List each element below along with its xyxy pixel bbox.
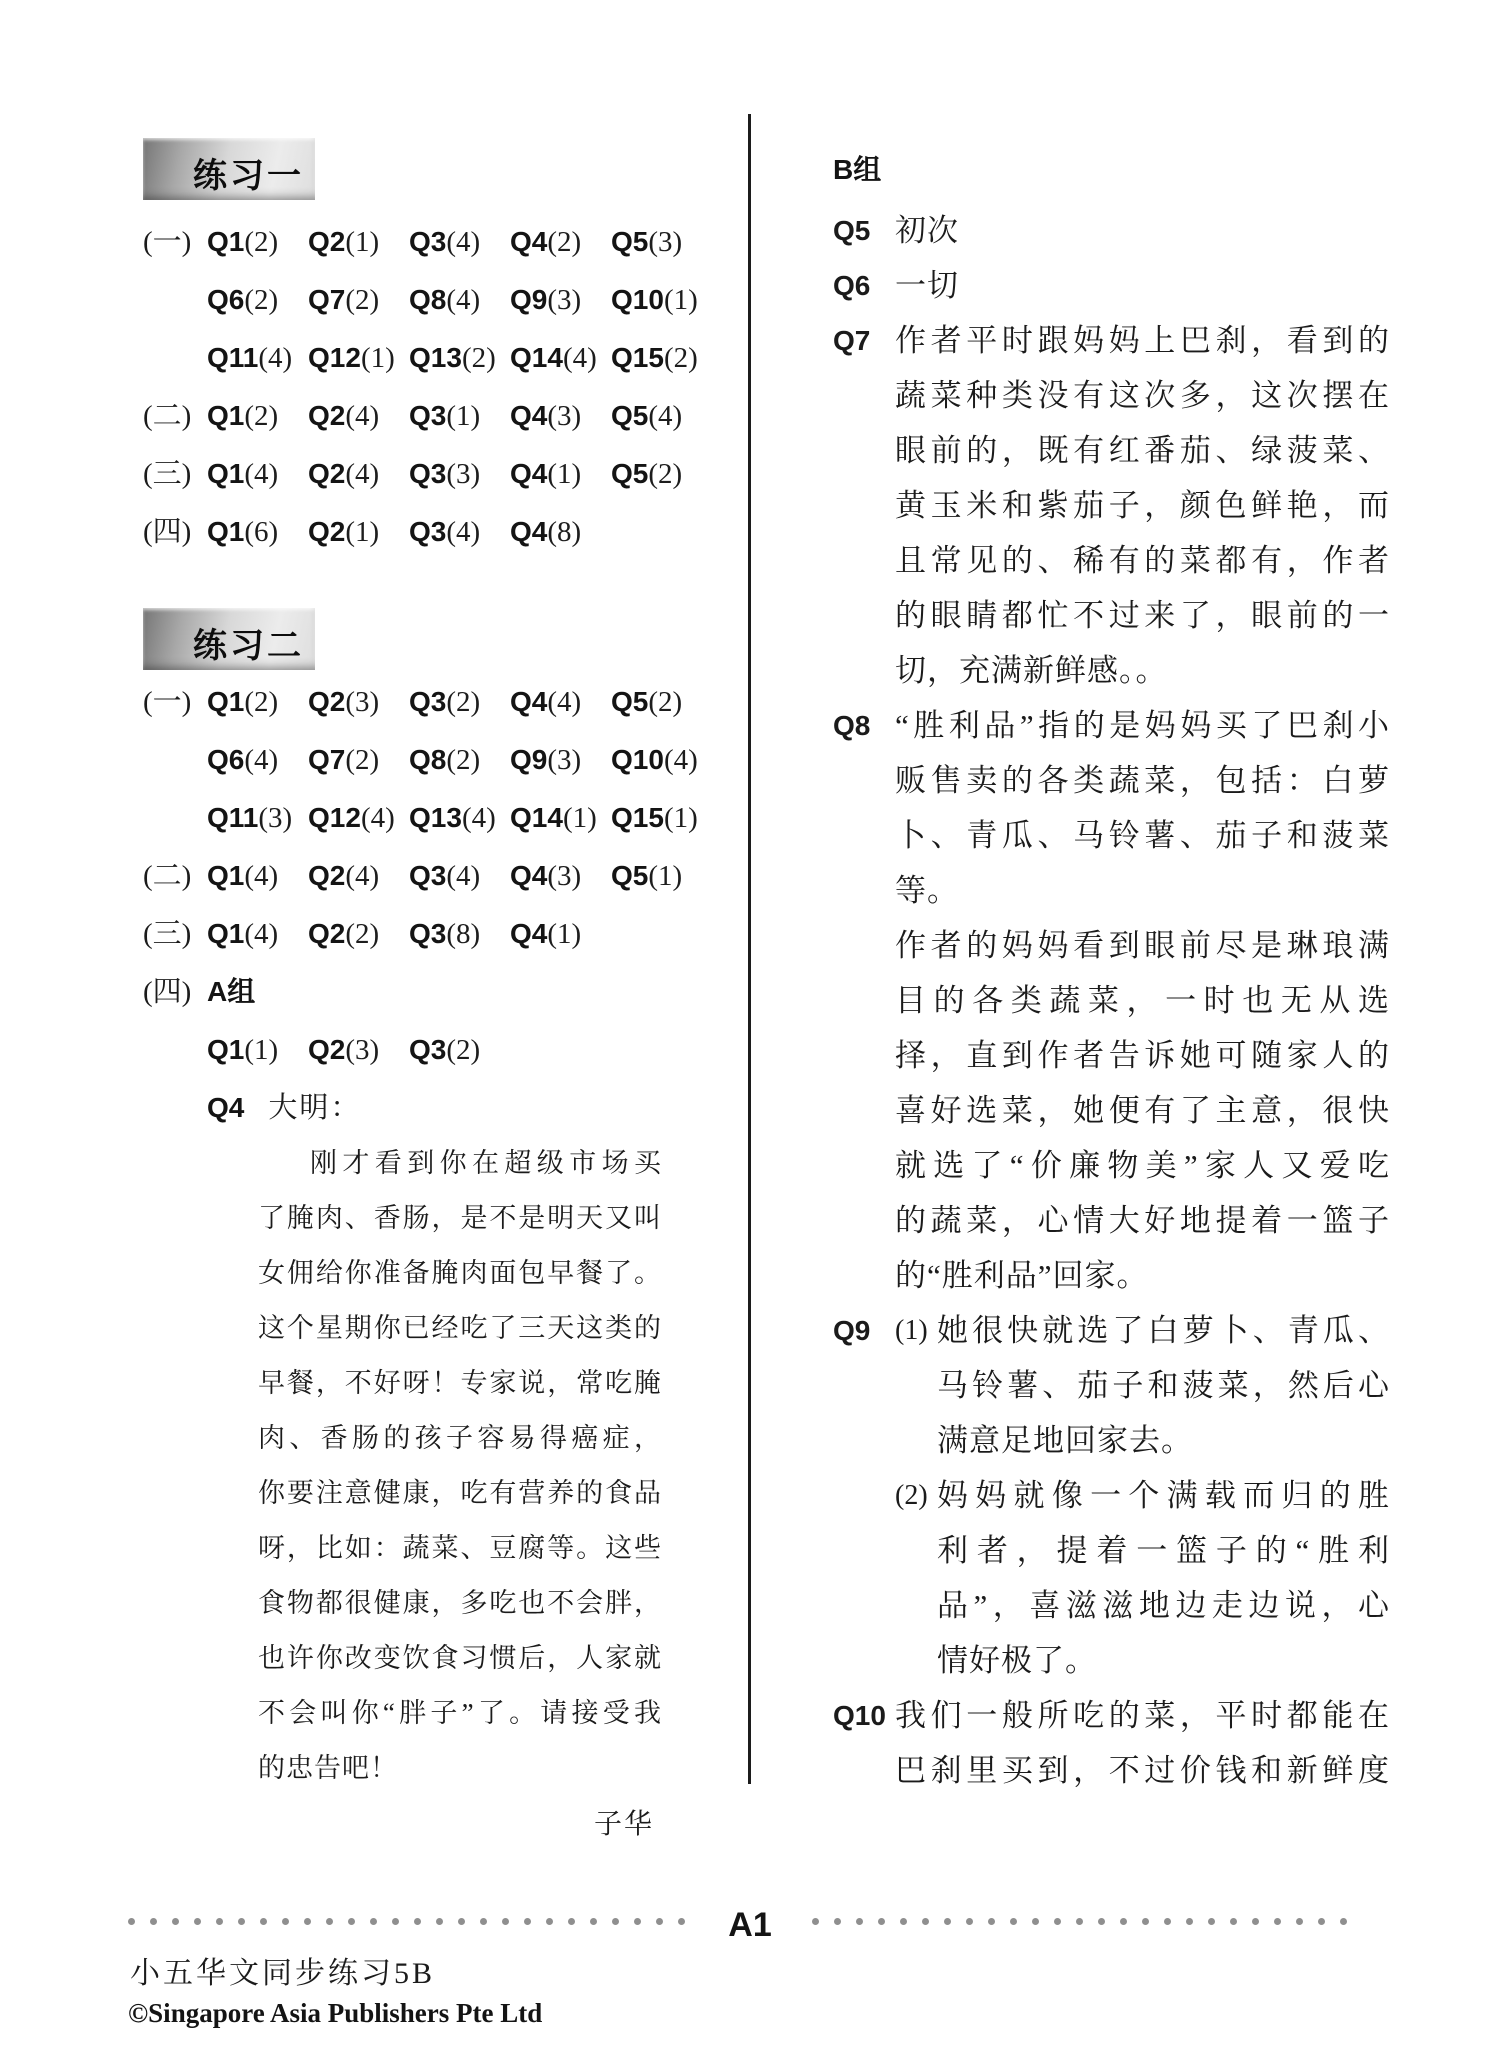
answer-cell: Q5(2) [611, 456, 712, 514]
answer-line: 一切 [895, 258, 1390, 313]
letter-signature: 子华 [258, 1802, 662, 1842]
answer-value: (1) [244, 1034, 278, 1066]
exercise1-header-box: 练习一 [143, 138, 315, 200]
footer-dot [1208, 1918, 1215, 1925]
answer-item: Q10我们一般所吃的菜，平时都能在巴刹里买到，不过价钱和新鲜度 [833, 1688, 1390, 1798]
question-label: Q4 [510, 860, 547, 891]
answer-value: (8) [446, 918, 480, 950]
answer-row: Q11(3)Q12(4)Q13(4)Q14(1)Q15(1) [143, 800, 743, 858]
answer-cell: Q1(1) [207, 1032, 308, 1090]
question-label: Q7 [308, 284, 345, 315]
answer-value: (2) [244, 284, 278, 316]
footer-dot [172, 1918, 179, 1925]
question-label: Q13 [409, 342, 462, 373]
answer-cell: Q14(4) [510, 340, 611, 398]
answer-row: Q11(4)Q12(1)Q13(2)Q14(4)Q15(2) [143, 340, 743, 398]
question-label: Q8 [409, 284, 446, 315]
footer-dot [1120, 1918, 1127, 1925]
answer-cell: Q4(4) [510, 684, 611, 742]
answer-line: 她很快就选了白萝卜、青瓜、 [937, 1303, 1390, 1358]
section-label: (四) [143, 974, 207, 1032]
section-label [143, 1090, 207, 1148]
section-label [143, 282, 207, 340]
section-label [143, 742, 207, 800]
answer-row: (一)Q1(2)Q2(1)Q3(4)Q4(2)Q5(3) [143, 224, 743, 282]
answer-cell: Q3(3) [409, 456, 510, 514]
answer-value: (1) [664, 802, 698, 834]
answer-value: (2) [648, 686, 682, 718]
sub-answer: (1)她很快就选了白萝卜、青瓜、马铃薯、茄子和菠菜，然后心满意足地回家去。 [895, 1303, 1390, 1468]
footer-dot [1010, 1918, 1017, 1925]
answer-line: 满意足地回家去。 [937, 1413, 1390, 1468]
answer-value: (3) [648, 226, 682, 258]
section-label: (四) [143, 514, 207, 572]
answer-value: (1) [664, 284, 698, 316]
letter-line: 刚才看到你在超级市场买 [258, 1136, 662, 1191]
answer-row: (三)Q1(4)Q2(2)Q3(8)Q4(1) [143, 916, 743, 974]
answer-cell: Q2(4) [308, 858, 409, 916]
footer-dot [304, 1918, 311, 1925]
letter-line: 食物都很健康，多吃也不会胖， [258, 1576, 662, 1631]
answer-cell: Q1(2) [207, 224, 308, 282]
answer-row: (三)Q1(4)Q2(4)Q3(3)Q4(1)Q5(2) [143, 456, 743, 514]
answer-value: (2) [345, 284, 379, 316]
answer-value: (1) [361, 342, 395, 374]
answer-cell: Q9(3) [510, 282, 611, 340]
footer-dot [436, 1918, 443, 1925]
letter-body: 刚才看到你在超级市场买了腌肉、香肠，是不是明天又叫女佣给你准备腌肉面包早餐了。这… [258, 1136, 662, 1796]
answer-cell: Q2(3) [308, 684, 409, 742]
answer-cell: Q3(1) [409, 398, 510, 456]
right-answer-list: Q5初次Q6一切Q7作者平时跟妈妈上巴刹，看到的蔬菜种类没有这次多，这次摆在眼前… [833, 203, 1390, 1798]
answer-cell: Q1(2) [207, 398, 308, 456]
footer-dot [414, 1918, 421, 1925]
letter-line: 的忠告吧！ [258, 1741, 662, 1796]
footer-dot [326, 1918, 333, 1925]
answer-cell: Q7(2) [308, 742, 409, 800]
answer-value: (4) [244, 918, 278, 950]
answer-value: (2) [345, 918, 379, 950]
section-label: (一) [143, 224, 207, 282]
question-label: Q9 [510, 284, 547, 315]
answer-cell: Q5(3) [611, 224, 712, 282]
question-label: Q3 [409, 918, 446, 949]
answer-value: (2) [664, 342, 698, 374]
question-label: Q4 [510, 918, 547, 949]
answer-cell: Q4(8) [510, 514, 611, 572]
answer-cell: Q3(4) [409, 514, 510, 572]
answer-line: 初次 [895, 203, 1390, 258]
page-number: A1 [715, 1906, 785, 1945]
question-label: Q1 [207, 686, 244, 717]
answer-value: (2) [446, 686, 480, 718]
exercise2-answer-grid: (一)Q1(2)Q2(3)Q3(2)Q4(4)Q5(2)Q6(4)Q7(2)Q8… [143, 684, 743, 1148]
question-label: Q2 [308, 1034, 345, 1065]
footer-dot [546, 1918, 553, 1925]
question-label: Q2 [308, 516, 345, 547]
answer-value: (4) [361, 802, 395, 834]
question-label: Q2 [308, 686, 345, 717]
question-label: Q3 [409, 860, 446, 891]
answer-cell: Q4(3) [510, 858, 611, 916]
answer-item-label: Q9 [833, 1303, 870, 1358]
footer-dot [1142, 1918, 1149, 1925]
book-title: 小五华文同步练习5B [130, 1948, 435, 1992]
question-label: Q4 [510, 686, 547, 717]
footer-dot [1274, 1918, 1281, 1925]
answer-line: 等。 [895, 863, 1390, 918]
answer-cell: Q2(4) [308, 456, 409, 514]
answer-value: (1) [345, 226, 379, 258]
answer-value: (4) [446, 284, 480, 316]
question-label: Q3 [409, 226, 446, 257]
answer-line: 切，充满新鲜感。。 [895, 643, 1390, 698]
answer-value: (2) [244, 226, 278, 258]
answer-cell: Q1(6) [207, 514, 308, 572]
answer-value: (4) [345, 860, 379, 892]
question-label: Q11 [207, 802, 258, 833]
question-label: Q6 [207, 284, 244, 315]
answer-value: (4) [244, 860, 278, 892]
footer-dot [480, 1918, 487, 1925]
answer-value: (3) [547, 744, 581, 776]
answer-cell: Q1(4) [207, 456, 308, 514]
answer-cell: Q8(2) [409, 742, 510, 800]
answer-key-page: 练习一 (一)Q1(2)Q2(1)Q3(4)Q4(2)Q5(3)Q6(2)Q7(… [0, 0, 1500, 2051]
answer-item-label: Q6 [833, 258, 870, 313]
answer-row: (二)Q1(2)Q2(4)Q3(1)Q4(3)Q5(4) [143, 398, 743, 456]
answer-cell: Q3(4) [409, 224, 510, 282]
footer-dot [238, 1918, 245, 1925]
answer-value: (4) [258, 342, 292, 374]
answer-value: (4) [664, 744, 698, 776]
footer-dot [590, 1918, 597, 1925]
answer-line: 卜、青瓜、马铃薯、茄子和菠菜 [895, 808, 1390, 863]
answer-cell: Q8(4) [409, 282, 510, 340]
question-label: Q3 [409, 458, 446, 489]
section-label: (二) [143, 858, 207, 916]
question-label: Q12 [308, 342, 361, 373]
answer-line: 择，直到作者告诉她可随家人的 [895, 1028, 1390, 1083]
section-label: (二) [143, 398, 207, 456]
letter-line: 呀，比如：蔬菜、豆腐等。这些 [258, 1521, 662, 1576]
answer-value: (2) [446, 1034, 480, 1066]
question-label: Q2 [308, 860, 345, 891]
answer-cell: Q6(2) [207, 282, 308, 340]
question-label: Q5 [611, 400, 648, 431]
footer-dot [878, 1918, 885, 1925]
question-label: Q5 [611, 226, 648, 257]
footer-dot [216, 1918, 223, 1925]
footer-dot [1032, 1918, 1039, 1925]
footer-dot [922, 1918, 929, 1925]
letter-line: 肉、香肠的孩子容易得癌症， [258, 1411, 662, 1466]
section-label: (一) [143, 684, 207, 742]
question-label: Q9 [510, 744, 547, 775]
answer-value: (8) [547, 516, 581, 548]
answer-line: 就选了“价廉物美”家人又爱吃 [895, 1138, 1390, 1193]
answer-cell: Q3(8) [409, 916, 510, 974]
answer-line: 妈妈就像一个满载而归的胜 [937, 1468, 1390, 1523]
group-b-label: B组 [833, 148, 881, 188]
question-label: Q13 [409, 802, 462, 833]
question-label: Q5 [611, 458, 648, 489]
answer-value: (4) [563, 342, 597, 374]
answer-cell: Q1(4) [207, 858, 308, 916]
question-label: Q10 [611, 744, 664, 775]
letter-answer: 刚才看到你在超级市场买了腌肉、香肠，是不是明天又叫女佣给你准备腌肉面包早餐了。这… [258, 1136, 662, 1842]
answer-line: 作者的妈妈看到眼前尽是琳琅满 [895, 918, 1390, 973]
exercise2-title: 练习二 [143, 608, 315, 667]
question-label: Q5 [611, 860, 648, 891]
letter-line: 女佣给你准备腌肉面包早餐了。 [258, 1246, 662, 1301]
answer-row: Q6(4)Q7(2)Q8(2)Q9(3)Q10(4) [143, 742, 743, 800]
answer-cell: Q1(4) [207, 916, 308, 974]
answer-value: (3) [258, 802, 292, 834]
answer-line: 作者平时跟妈妈上巴刹，看到的 [895, 313, 1390, 368]
answer-value: (1) [345, 516, 379, 548]
footer-dot [1054, 1918, 1061, 1925]
footer-dot [634, 1918, 641, 1925]
footer-dot [988, 1918, 995, 1925]
footer-dot [1186, 1918, 1193, 1925]
answer-line: “胜利品”指的是妈妈买了巴刹小 [895, 698, 1390, 753]
question-label: Q14 [510, 802, 563, 833]
exercise1-title: 练习一 [143, 138, 315, 197]
sub-answer-number: (2) [895, 1468, 928, 1523]
section-label [143, 800, 207, 858]
answer-cell: Q4(1) [510, 916, 611, 974]
footer-dot [834, 1918, 841, 1925]
footer-dot [370, 1918, 377, 1925]
question-label: Q4 [510, 400, 547, 431]
answer-value: (3) [345, 1034, 379, 1066]
question-label: Q3 [409, 686, 446, 717]
footer-dot [502, 1918, 509, 1925]
answer-item: Q9(1)她很快就选了白萝卜、青瓜、马铃薯、茄子和菠菜，然后心满意足地回家去。(… [833, 1303, 1390, 1688]
answer-line: 品”，喜滋滋地边走边说，心 [937, 1578, 1390, 1633]
footer-dot [944, 1918, 951, 1925]
answer-row: Q1(1)Q2(3)Q3(2) [143, 1032, 743, 1090]
answer-value: (2) [547, 226, 581, 258]
question-label: Q2 [308, 226, 345, 257]
question-label: Q2 [308, 918, 345, 949]
question-label: Q14 [510, 342, 563, 373]
answer-value: (3) [345, 686, 379, 718]
column-divider [748, 114, 751, 1784]
answer-cell: Q13(4) [409, 800, 510, 858]
exercise1-answer-grid: (一)Q1(2)Q2(1)Q3(4)Q4(2)Q5(3)Q6(2)Q7(2)Q8… [143, 224, 743, 572]
answer-value: (2) [446, 744, 480, 776]
footer-dot [1318, 1918, 1325, 1925]
answer-cell: Q3(4) [409, 858, 510, 916]
question-label: Q15 [611, 342, 664, 373]
answer-value: (2) [462, 342, 496, 374]
answer-line: 我们一般所吃的菜，平时都能在 [895, 1688, 1390, 1743]
question-label: Q15 [611, 802, 664, 833]
answer-item: Q6一切 [833, 258, 1390, 313]
answer-cell: Q2(3) [308, 1032, 409, 1090]
answer-line: 目的各类蔬菜，一时也无从选 [895, 973, 1390, 1028]
answer-cell: Q5(2) [611, 684, 712, 742]
footer-dot [856, 1918, 863, 1925]
answer-line: 巴刹里买到，不过价钱和新鲜度 [895, 1743, 1390, 1798]
footer-dot [1296, 1918, 1303, 1925]
footer-dot [128, 1918, 135, 1925]
answer-value: (4) [244, 458, 278, 490]
footer-dot [568, 1918, 575, 1925]
letter-line: 早餐，不好呀！专家说，常吃腌 [258, 1356, 662, 1411]
question-label: Q8 [409, 744, 446, 775]
answer-cell: Q2(2) [308, 916, 409, 974]
answer-line: 蔬菜种类没有这次多，这次摆在 [895, 368, 1390, 423]
answer-line: 且常见的、稀有的菜都有，作者 [895, 533, 1390, 588]
footer-dot [348, 1918, 355, 1925]
question-label: Q3 [409, 516, 446, 547]
question-label: Q1 [207, 226, 244, 257]
answer-value: (3) [446, 458, 480, 490]
answer-value: (1) [446, 400, 480, 432]
answer-item: Q8“胜利品”指的是妈妈买了巴刹小贩售卖的各类蔬菜，包括：白萝卜、青瓜、马铃薯、… [833, 698, 1390, 1303]
answer-cell: Q4(3) [510, 398, 611, 456]
footer-dot [1340, 1918, 1347, 1925]
answer-cell: Q3(2) [409, 1032, 510, 1090]
footer-dot [1230, 1918, 1237, 1925]
footer-dot [1098, 1918, 1105, 1925]
answer-row: Q6(2)Q7(2)Q8(4)Q9(3)Q10(1) [143, 282, 743, 340]
answer-value: (4) [648, 400, 682, 432]
answer-cell: Q5(4) [611, 398, 712, 456]
answer-value: (2) [345, 744, 379, 776]
question-label: Q4 [510, 226, 547, 257]
answer-value: (4) [345, 400, 379, 432]
footer-dot [612, 1918, 619, 1925]
answer-line: 眼前的，既有红番茄、绿菠菜、 [895, 423, 1390, 478]
footer-dot [656, 1918, 663, 1925]
answer-line: 的眼睛都忙不过来了，眼前的一 [895, 588, 1390, 643]
answer-value: (2) [648, 458, 682, 490]
footer-dot [1164, 1918, 1171, 1925]
question-label: Q4 [207, 1090, 244, 1148]
section-label [143, 340, 207, 398]
footer-dot [260, 1918, 267, 1925]
footer-dot [282, 1918, 289, 1925]
answer-value: (4) [446, 516, 480, 548]
footer-dot [678, 1918, 685, 1925]
section-label [143, 1032, 207, 1090]
sub-answer-number: (1) [895, 1303, 928, 1358]
footer-dots-right [812, 1918, 1347, 1925]
answer-value: (2) [244, 400, 278, 432]
answer-cell: Q10(4) [611, 742, 712, 800]
answer-cell: Q3(2) [409, 684, 510, 742]
question-label: Q1 [207, 458, 244, 489]
answer-cell: Q9(3) [510, 742, 611, 800]
group-a-label: A组 [207, 974, 255, 1032]
question-label: Q11 [207, 342, 258, 373]
answer-cell: Q2(4) [308, 398, 409, 456]
answer-cell: Q4(1) [510, 456, 611, 514]
letter-line: 这个星期你已经吃了三天这类的 [258, 1301, 662, 1356]
answer-value: (1) [563, 802, 597, 834]
question-label: Q2 [308, 400, 345, 431]
letter-line: 了腌肉、香肠，是不是明天又叫 [258, 1191, 662, 1246]
section-label: (三) [143, 916, 207, 974]
answer-row: (二)Q1(4)Q2(4)Q3(4)Q4(3)Q5(1) [143, 858, 743, 916]
answer-value: (4) [345, 458, 379, 490]
answer-item-label: Q8 [833, 698, 870, 753]
answer-line: 马铃薯、茄子和菠菜，然后心 [937, 1358, 1390, 1413]
answer-cell: Q1(2) [207, 684, 308, 742]
answer-item: Q7作者平时跟妈妈上巴刹，看到的蔬菜种类没有这次多，这次摆在眼前的，既有红番茄、… [833, 313, 1390, 698]
answer-cell: Q14(1) [510, 800, 611, 858]
answer-value: (3) [547, 860, 581, 892]
question-label: Q3 [409, 1034, 446, 1065]
answer-cell: Q7(2) [308, 282, 409, 340]
question-label: Q3 [409, 400, 446, 431]
answer-value: (4) [244, 744, 278, 776]
question-label: Q10 [611, 284, 664, 315]
answer-cell: Q5(1) [611, 858, 712, 916]
answer-cell: Q12(1) [308, 340, 409, 398]
answer-item-label: Q7 [833, 313, 870, 368]
section-label: (三) [143, 456, 207, 514]
answer-value: (6) [244, 516, 278, 548]
answer-value: (4) [547, 686, 581, 718]
answer-line: 情好极了。 [937, 1633, 1390, 1688]
answer-line: 黄玉米和紫茄子，颜色鲜艳，而 [895, 478, 1390, 533]
answer-value: (4) [446, 226, 480, 258]
answer-cell: Q2(1) [308, 514, 409, 572]
sub-answer: (2)妈妈就像一个满载而归的胜利者，提着一篮子的“胜利品”，喜滋滋地边走边说，心… [895, 1468, 1390, 1688]
question-label: Q1 [207, 1034, 244, 1065]
question-label: Q6 [207, 744, 244, 775]
answer-cell: Q13(2) [409, 340, 510, 398]
footer-dot [812, 1918, 819, 1925]
answer-line: 的蔬菜，心情大好地提着一篮子 [895, 1193, 1390, 1248]
answer-value: (1) [547, 918, 581, 950]
footer-dot [1252, 1918, 1259, 1925]
answer-cell: Q11(3) [207, 800, 308, 858]
answer-cell: Q4(2) [510, 224, 611, 282]
answer-line: 的“胜利品”回家。 [895, 1248, 1390, 1303]
copyright-notice: ©Singapore Asia Publishers Pte Ltd [128, 1998, 542, 2029]
answer-value: (4) [462, 802, 496, 834]
answer-cell: Q12(4) [308, 800, 409, 858]
footer-dot [392, 1918, 399, 1925]
answer-row: (四)A组 [143, 974, 743, 1032]
question-label: Q4 [510, 516, 547, 547]
answer-row: (四)Q1(6)Q2(1)Q3(4)Q4(8) [143, 514, 743, 572]
letter-line: 你要注意健康，吃有营养的食品 [258, 1466, 662, 1521]
footer-dot [150, 1918, 157, 1925]
answer-value: (3) [547, 284, 581, 316]
answer-line: 利者，提着一篮子的“胜利 [937, 1523, 1390, 1578]
footer-dot [900, 1918, 907, 1925]
answer-row: (一)Q1(2)Q2(3)Q3(2)Q4(4)Q5(2) [143, 684, 743, 742]
footer-dots-left [128, 1918, 685, 1925]
question-label: Q12 [308, 802, 361, 833]
footer-dot [194, 1918, 201, 1925]
answer-cell: Q15(2) [611, 340, 712, 398]
question-label: Q1 [207, 918, 244, 949]
answer-item-label: Q5 [833, 203, 870, 258]
answer-item: Q5初次 [833, 203, 1390, 258]
question-label: Q1 [207, 400, 244, 431]
answer-value: (1) [648, 860, 682, 892]
question-label: Q4 [510, 458, 547, 489]
answer-value: (4) [446, 860, 480, 892]
